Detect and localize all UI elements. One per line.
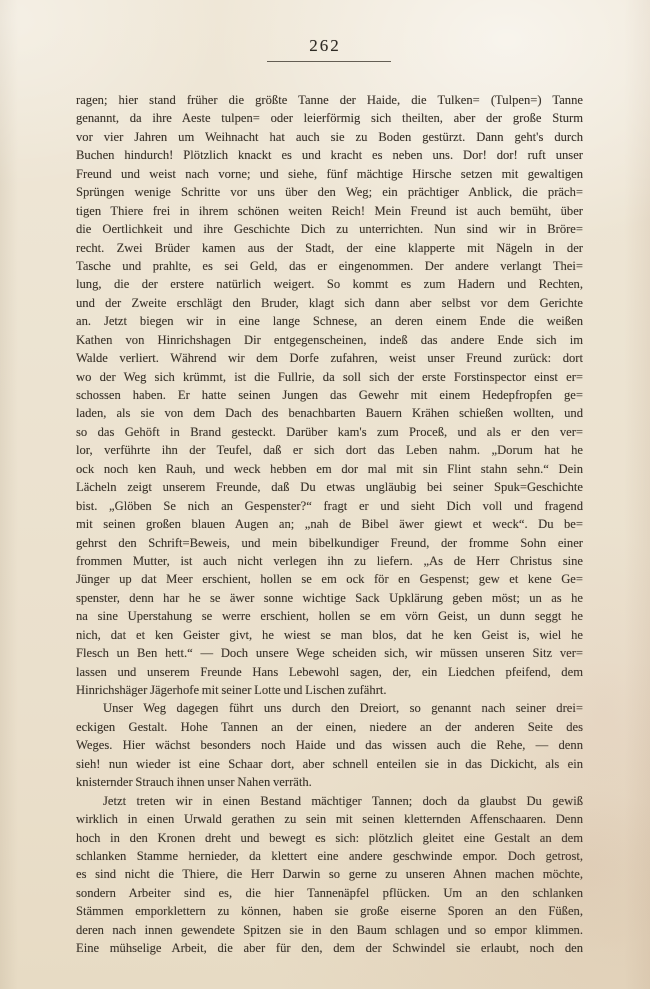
text-line: wo der Weg sich krümmt, ist die Fullrie,… (76, 368, 583, 386)
text-line: recht. Zwei Brüder kamen aus der Stadt, … (76, 239, 583, 257)
text-line: es sind nicht die Thiere, die Herr Darwi… (76, 865, 583, 883)
text-line: Jetzt treten wir in einen Bestand mächti… (76, 792, 583, 810)
text-line: Hinrichshäger Jägerhofe mit seiner Lotte… (76, 681, 583, 699)
text-line: genannt, da ihre Aeste tulpen= oder leie… (76, 109, 583, 127)
page-body: ragen; hier stand früher die größte Tann… (76, 91, 583, 958)
text-line: spenster, denn har he se äwer sonne wich… (76, 589, 583, 607)
paragraph: Jetzt treten wir in einen Bestand mächti… (76, 792, 583, 958)
text-line: Jünger up dat Meer erschient, hollen se … (76, 570, 583, 588)
text-line: ock noch ken Rauh, und weck hebben em do… (76, 460, 583, 478)
text-line: knisternder Strauch ihnen unser Nahen ve… (76, 773, 583, 791)
text-line: Tasche und prahlte, es sei Geld, das er … (76, 257, 583, 275)
text-line: schossen haben. Er hatte seinen Jungen d… (76, 386, 583, 404)
text-line: lor, verführte ihn der Teufel, daß er si… (76, 441, 583, 459)
paragraph: ragen; hier stand früher die größte Tann… (76, 91, 583, 699)
text-line: sondern Arbeiter sind es, die hier Tanne… (76, 884, 583, 902)
text-line: Lächeln zeigt unserem Freunde, daß Du et… (76, 478, 583, 496)
text-line: an. Jetzt biegen wir in eine lange Schne… (76, 312, 583, 330)
text-line: Unser Weg dagegen führt uns durch den Dr… (76, 699, 583, 717)
text-line: Sprüngen wenige Schritte vor uns über de… (76, 183, 583, 201)
text-line: Buchen hindurch! Plötzlich knackt es und… (76, 146, 583, 164)
text-line: Freund und weist nach vorne; und siehe, … (76, 165, 583, 183)
text-line: mit seinen großen blauen Augen an; „nah … (76, 515, 583, 533)
text-line: lung, die der erstere natürlich weigert.… (76, 275, 583, 293)
text-line: Kathen von Hinrichshagen Dir entgegensch… (76, 331, 583, 349)
text-line: bist. „Glöben Se nich an Gespenster?“ fr… (76, 497, 583, 515)
text-line: eckigen Gestalt. Hohe Tannen an der eine… (76, 718, 583, 736)
paragraph: Unser Weg dagegen führt uns durch den Dr… (76, 699, 583, 791)
text-line: und der Zweite erschlägt den Bruder, kla… (76, 294, 583, 312)
text-line: lassen und unserem Freunde Hans Lebewohl… (76, 663, 583, 681)
book-page: 262 ragen; hier stand früher die größte … (0, 0, 650, 989)
text-line: na sine Uperstahung se werre erschient, … (76, 607, 583, 625)
text-line: nich, dat et ken Geister givt, he wiest … (76, 626, 583, 644)
text-line: vor vier Jahren um Weihnacht hat auch si… (76, 128, 583, 146)
page-header: 262 (0, 36, 650, 62)
text-line: Weges. Hier wächst besonders noch Haide … (76, 736, 583, 754)
text-line: ragen; hier stand früher die größte Tann… (76, 91, 583, 109)
text-line: so das Gehöft in Brand gesteckt. Darüber… (76, 423, 583, 441)
text-line: Flesch un Ben hett.“ — Doch unsere Wege … (76, 644, 583, 662)
text-line: hoch in den Kronen dreht und bewegt es s… (76, 829, 583, 847)
text-line: Eine mühselige Arbeit, die aber für den,… (76, 939, 583, 957)
text-line: tigen Thiere frei in ihrem schönen weite… (76, 202, 583, 220)
text-line: Stämmen emporklettern zu können, haben s… (76, 902, 583, 920)
text-line: Walde verliert. Während wir dem Dorfe zu… (76, 349, 583, 367)
text-line: die Oertlichkeit und ihre Geschichte Dic… (76, 220, 583, 238)
header-rule (267, 61, 391, 62)
page-number: 262 (309, 36, 341, 56)
text-line: deren nach innen gewendete Spitzen sie i… (76, 921, 583, 939)
text-line: wirklich in einen Urwald gerathen zu sei… (76, 810, 583, 828)
text-line: gehrst den Schrift=Beweis, und mein bibe… (76, 534, 583, 552)
text-line: sieh! nun wieder ist eine Schaar dort, a… (76, 755, 583, 773)
text-line: schlanken Stamme hernieder, da klettert … (76, 847, 583, 865)
text-line: laden, als sie von dem Dach des benachba… (76, 404, 583, 422)
text-line: frommen Mutter, ist auch nicht verlegen … (76, 552, 583, 570)
